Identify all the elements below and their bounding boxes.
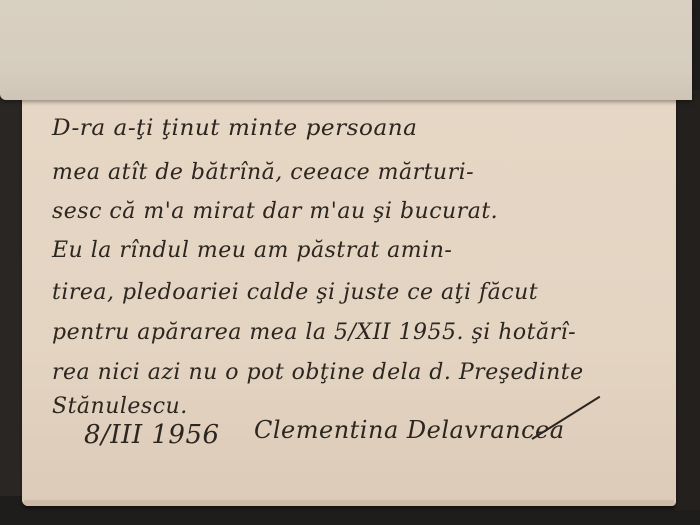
- letter-line-1: D-ra a-ţi ţinut minte persoana: [52, 116, 417, 141]
- letter-line-2: mea atît de bătrînă, ceeace mărturi-: [52, 160, 474, 185]
- letter-line-3: sesc că m'a mirat dar m'au şi bucurat.: [52, 199, 498, 224]
- letter-date: 8/III 1956: [84, 420, 220, 450]
- notebook-right-edge: [674, 90, 700, 510]
- letter-signature: Clementina Delavrancea: [254, 416, 565, 444]
- folded-top-page: [0, 0, 692, 100]
- page-stack-edge: [24, 500, 674, 506]
- notebook-left-edge: [0, 96, 22, 496]
- letter-line-6: pentru apărarea mea la 5/XII 1955. şi ho…: [52, 320, 576, 345]
- letter-line-8: Stănulescu.: [52, 394, 188, 419]
- letter-line-5: tirea, pledoariei calde şi juste ce aţi …: [52, 280, 538, 305]
- letter-line-4: Eu la rîndul meu am păstrat amin-: [52, 238, 452, 263]
- letter-line-7: rea nici azi nu o pot obţine dela d. Pre…: [52, 360, 584, 385]
- letter-page: D-ra a-ţi ţinut minte persoana mea atît …: [22, 98, 676, 506]
